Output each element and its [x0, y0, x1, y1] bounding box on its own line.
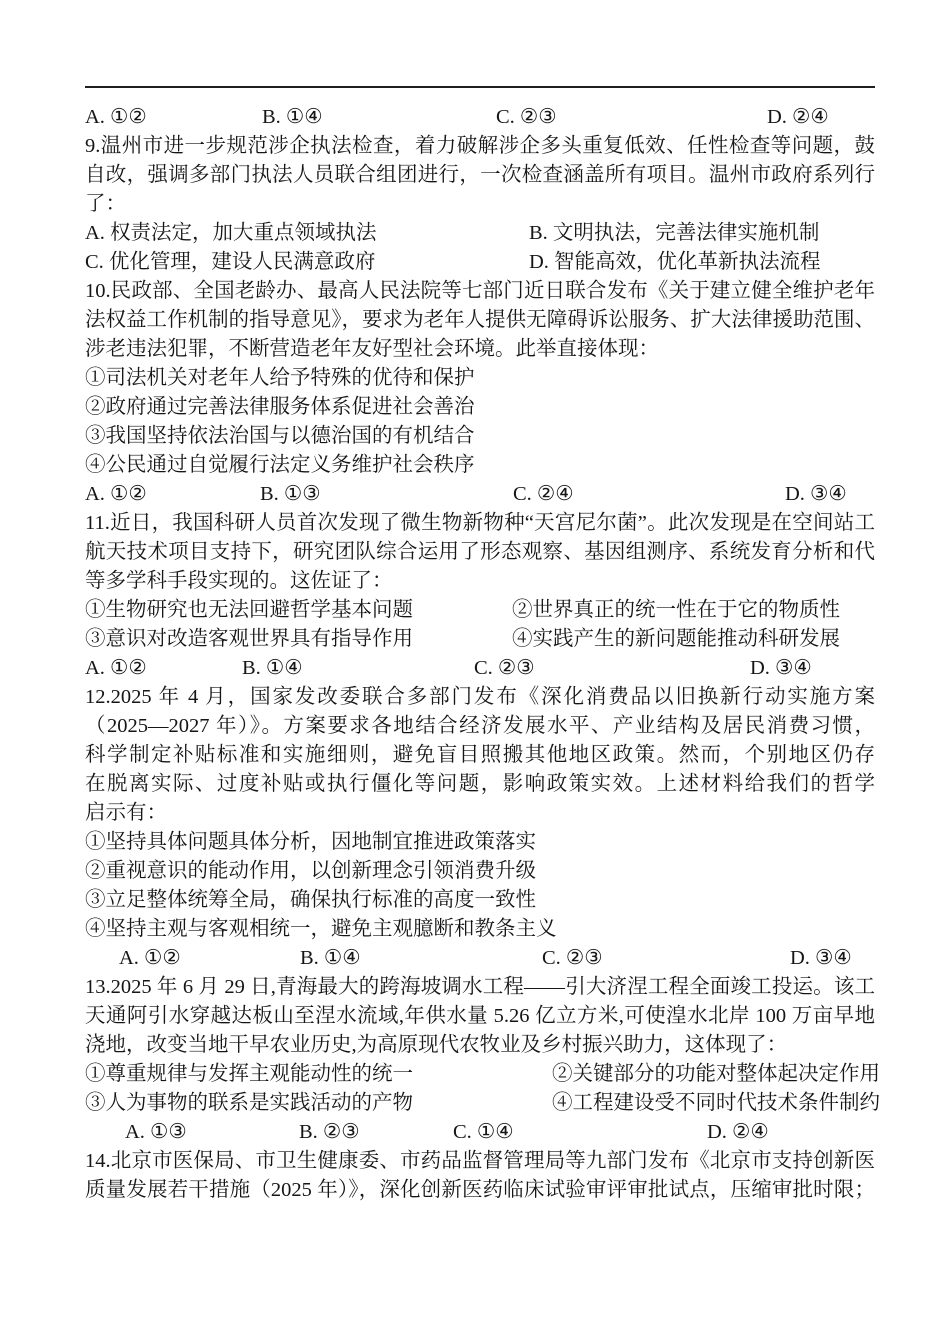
q14-stem-line: 14.北京市医保局、市卫生健康委、市药品监督管理局等九部门发布《北京市支持创新医…: [85, 1147, 875, 1176]
q11-stem-line: 等多学科手段实现的。这佐证了：: [85, 567, 875, 596]
exam-page: A. ①② B. ①④ C. ②③ D. ②④ 9.温州市进一步规范涉企执法检查…: [0, 86, 950, 1205]
q13-items-row-1: ①尊重规律与发挥主观能动性的统一 ②关键部分的功能对整体起决定作用: [85, 1060, 875, 1089]
q13-option-c: C. ①④: [453, 1118, 514, 1147]
q12-stem-line: 科学制定补贴标准和实施细则，避免盲目照搬其他地区政策。然而，个别地区仍存: [85, 741, 875, 770]
q9-option-a: A. 权责法定，加大重点领域执法: [85, 219, 377, 248]
q12-option-a: A. ①②: [119, 944, 181, 973]
q10-option-d: D. ③④: [785, 480, 847, 509]
q11-item-3: ③意识对改造客观世界具有指导作用: [85, 625, 413, 654]
question-13: 13.2025 年 6 月 29 日,青海最大的跨海坡调水工程——引大济涅工程全…: [85, 973, 875, 1147]
q12-item-3: ③立足整体统筹全局，确保执行标准的高度一致性: [85, 886, 875, 915]
q10-option-b: B. ①③: [260, 480, 321, 509]
q13-item-4: ④工程建设受不同时代技术条件制约: [552, 1089, 880, 1118]
q9-stem-line: 了：: [85, 190, 875, 219]
q11-option-b: B. ①④: [242, 654, 303, 683]
q12-option-d: D. ③④: [790, 944, 852, 973]
q13-stem-line: 浇地，改变当地干早农业历史,为高原现代农牧业及乡村振兴助力，这体现了：: [85, 1031, 875, 1060]
q11-stem-line: 11.近日，我国科研人员首次发现了微生物新物种“天宫尼尔菌”。此次发现是在空间站…: [85, 509, 875, 538]
q11-options-row: A. ①② B. ①④ C. ②③ D. ③④: [85, 654, 875, 683]
q10-options-row: A. ①② B. ①③ C. ②④ D. ③④: [85, 480, 875, 509]
q11-option-c: C. ②③: [474, 654, 535, 683]
q12-stem-line: 12.2025 年 4 月，国家发改委联合多部门发布《深化消费品以旧换新行动实施…: [85, 683, 875, 712]
q11-item-4: ④实践产生的新问题能推动科研发展: [512, 625, 840, 654]
q12-item-4: ④坚持主观与客观相统一，避免主观臆断和教条主义: [85, 915, 875, 944]
q10-stem-line: 涉老违法犯罪，不断营造老年友好型社会环境。此举直接体现：: [85, 335, 875, 364]
question-10: 10.民政部、全国老龄办、最高人民法院等七部门近日联合发布《关于建立健全维护老年…: [85, 277, 875, 509]
q13-stem-line: 13.2025 年 6 月 29 日,青海最大的跨海坡调水工程——引大济涅工程全…: [85, 973, 875, 1002]
q8-option-a: A. ①②: [85, 103, 147, 132]
q9-options-row-cd: C. 优化管理，建设人民满意政府 D. 智能高效，优化革新执法流程: [85, 248, 875, 277]
q13-option-a: A. ①③: [125, 1118, 187, 1147]
question-11: 11.近日，我国科研人员首次发现了微生物新物种“天宫尼尔菌”。此次发现是在空间站…: [85, 509, 875, 683]
q9-stem-line: 自改，强调多部门执法人员联合组团进行，一次检查涵盖所有项目。温州市政府系列行动坚…: [85, 161, 875, 190]
page-content: A. ①② B. ①④ C. ②③ D. ②④ 9.温州市进一步规范涉企执法检查…: [85, 103, 875, 1205]
q9-stem-line: 9.温州市进一步规范涉企执法检查，着力破解涉企多头重复低效、任性检查等问题，鼓励…: [85, 132, 875, 161]
q11-item-2: ②世界真正的统一性在于它的物质性: [512, 596, 840, 625]
question-12: 12.2025 年 4 月，国家发改委联合多部门发布《深化消费品以旧换新行动实施…: [85, 683, 875, 973]
q10-item-2: ②政府通过完善法律服务体系促进社会善治: [85, 393, 875, 422]
q11-stem-line: 航天技术项目支持下，研究团队综合运用了形态观察、基因组测序、系统发育分析和代谢分…: [85, 538, 875, 567]
question-9: 9.温州市进一步规范涉企执法检查，着力破解涉企多头重复低效、任性检查等问题，鼓励…: [85, 132, 875, 277]
q11-option-d: D. ③④: [750, 654, 812, 683]
q11-option-a: A. ①②: [85, 654, 147, 683]
q13-items-row-2: ③人为事物的联系是实践活动的产物 ④工程建设受不同时代技术条件制约: [85, 1089, 875, 1118]
q9-option-b: B. 文明执法，完善法律实施机制: [529, 219, 819, 248]
q11-items-row-2: ③意识对改造客观世界具有指导作用 ④实践产生的新问题能推动科研发展: [85, 625, 875, 654]
q12-stem-line: 启示有：: [85, 799, 875, 828]
q12-item-1: ①坚持具体问题具体分析，因地制宜推进政策落实: [85, 828, 875, 857]
q13-item-1: ①尊重规律与发挥主观能动性的统一: [85, 1060, 413, 1089]
q12-option-b: B. ①④: [300, 944, 361, 973]
q11-items-row-1: ①生物研究也无法回避哲学基本问题 ②世界真正的统一性在于它的物质性: [85, 596, 875, 625]
q13-option-d: D. ②④: [707, 1118, 769, 1147]
q13-item-3: ③人为事物的联系是实践活动的产物: [85, 1089, 413, 1118]
q14-stem-line: 质量发展若干措施（2025 年）》，深化创新医药临床试验审评审批试点，压缩审批时…: [85, 1176, 875, 1205]
q8-options-row: A. ①② B. ①④ C. ②③ D. ②④: [85, 103, 875, 132]
q10-item-1: ①司法机关对老年人给予特殊的优待和保护: [85, 364, 875, 393]
q8-option-c: C. ②③: [496, 103, 557, 132]
q12-stem-line: 在脱离实际、过度补贴或执行僵化等问题，影响政策实效。上述材料给我们的哲学: [85, 770, 875, 799]
q12-options-row: A. ①② B. ①④ C. ②③ D. ③④: [85, 944, 875, 973]
q10-item-3: ③我国坚持依法治国与以德治国的有机结合: [85, 422, 875, 451]
header-rule: [85, 86, 875, 88]
q9-option-d: D. 智能高效，优化革新执法流程: [529, 248, 821, 277]
q9-option-c: C. 优化管理，建设人民满意政府: [85, 248, 375, 277]
q11-item-1: ①生物研究也无法回避哲学基本问题: [85, 596, 413, 625]
q10-stem-line: 法权益工作机制的指导意见》，要求为老年人提供无障碍诉讼服务、扩大法律援助范围、严…: [85, 306, 875, 335]
q13-option-b: B. ②③: [299, 1118, 360, 1147]
question-14: 14.北京市医保局、市卫生健康委、市药品监督管理局等九部门发布《北京市支持创新医…: [85, 1147, 875, 1205]
q12-stem-line: （2025—2027 年）》。方案要求各地结合经济发展水平、产业结构及居民消费习…: [85, 712, 875, 741]
q13-options-row: A. ①③ B. ②③ C. ①④ D. ②④: [85, 1118, 875, 1147]
q10-option-c: C. ②④: [513, 480, 574, 509]
q10-option-a: A. ①②: [85, 480, 147, 509]
q12-item-2: ②重视意识的能动作用，以创新理念引领消费升级: [85, 857, 875, 886]
q9-options-row-ab: A. 权责法定，加大重点领域执法 B. 文明执法，完善法律实施机制: [85, 219, 875, 248]
q10-stem-line: 10.民政部、全国老龄办、最高人民法院等七部门近日联合发布《关于建立健全维护老年…: [85, 277, 875, 306]
q10-item-4: ④公民通过自觉履行法定义务维护社会秩序: [85, 451, 875, 480]
q8-option-d: D. ②④: [767, 103, 829, 132]
q13-stem-line: 天通阿引水穿越达板山至涅水流域,年供水量 5.26 亿立方米,可使湟水北岸 10…: [85, 1002, 875, 1031]
q12-option-c: C. ②③: [542, 944, 603, 973]
q8-option-b: B. ①④: [262, 103, 323, 132]
q13-item-2: ②关键部分的功能对整体起决定作用: [552, 1060, 880, 1089]
